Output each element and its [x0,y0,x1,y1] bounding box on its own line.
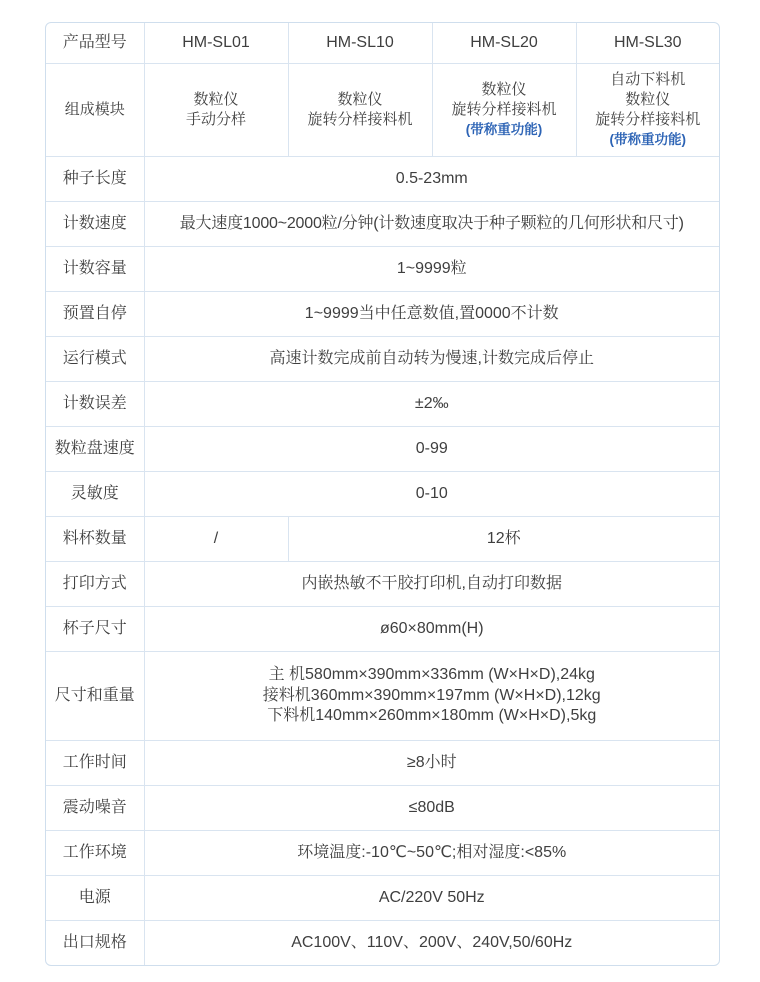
module-line: 旋转分样接料机 [295,110,426,130]
module-weighing-note: (带称重功能) [439,120,570,140]
spec-value: 高速计数完成前自动转为慢速,计数完成后停止 [144,337,719,382]
dimension-line: 下料机140mm×260mm×180mm (W×H×D),5kg [151,706,714,727]
row-label: 电源 [46,876,144,921]
table-row-model: 产品型号 HM-SL01 HM-SL10 HM-SL20 HM-SL30 [46,23,719,64]
row-label: 震动噪音 [46,786,144,831]
spec-value: 1~9999当中任意数值,置0000不计数 [144,292,719,337]
cup-count-sl01: / [144,517,288,562]
model-name: HM-SL10 [288,23,432,64]
module-line: 手动分样 [151,110,282,130]
table-row: 杯子尺寸 ø60×80mm(H) [46,607,719,652]
row-label: 工作环境 [46,831,144,876]
row-label: 计数容量 [46,247,144,292]
module-line: 数粒仪 [151,90,282,110]
spec-value: AC100V、110V、200V、240V,50/60Hz [144,921,719,966]
module-line: 数粒仪 [583,90,714,110]
spec-value: ø60×80mm(H) [144,607,719,652]
row-label: 出口规格 [46,921,144,966]
row-label-dimensions: 尺寸和重量 [46,652,144,741]
table-row: 出口规格 AC100V、110V、200V、240V,50/60Hz [46,921,719,966]
module-line: 旋转分样接料机 [439,100,570,120]
row-label: 杯子尺寸 [46,607,144,652]
row-label: 计数速度 [46,202,144,247]
module-weighing-note: (带称重功能) [583,130,714,150]
module-cell: 数粒仪 旋转分样接料机 (带称重功能) [432,64,576,157]
module-cell: 数粒仪 手动分样 [144,64,288,157]
table-row-modules: 组成模块 数粒仪 手动分样 数粒仪 旋转分样接料机 数粒仪 旋转分样接料机 (带… [46,64,719,157]
table-row: 运行模式 高速计数完成前自动转为慢速,计数完成后停止 [46,337,719,382]
spec-value: 0-99 [144,427,719,472]
table-row: 电源 AC/220V 50Hz [46,876,719,921]
table-row: 计数容量 1~9999粒 [46,247,719,292]
spec-value: 1~9999粒 [144,247,719,292]
module-line: 数粒仪 [439,80,570,100]
row-label: 打印方式 [46,562,144,607]
module-line: 数粒仪 [295,90,426,110]
model-name: HM-SL20 [432,23,576,64]
dimensions-cell: 主 机580mm×390mm×336mm (W×H×D),24kg 接料机360… [144,652,719,741]
spec-value: ≤80dB [144,786,719,831]
product-spec-page: 产品型号 HM-SL01 HM-SL10 HM-SL20 HM-SL30 组成模… [0,0,760,982]
table-row: 震动噪音 ≤80dB [46,786,719,831]
module-line: 自动下料机 [583,70,714,90]
dimension-line: 主 机580mm×390mm×336mm (W×H×D),24kg [151,665,714,686]
dimension-line: 接料机360mm×390mm×197mm (W×H×D),12kg [151,686,714,707]
spec-value: 最大速度1000~2000粒/分钟(计数速度取决于种子颗粒的几何形状和尺寸) [144,202,719,247]
row-label: 数粒盘速度 [46,427,144,472]
spec-value: 0-10 [144,472,719,517]
module-cell: 自动下料机 数粒仪 旋转分样接料机 (带称重功能) [576,64,719,157]
table-row: 数粒盘速度 0-99 [46,427,719,472]
table-row: 预置自停 1~9999当中任意数值,置0000不计数 [46,292,719,337]
spec-value: 0.5-23mm [144,157,719,202]
row-label-modules: 组成模块 [46,64,144,157]
row-label: 种子长度 [46,157,144,202]
spec-table: 产品型号 HM-SL01 HM-SL10 HM-SL20 HM-SL30 组成模… [46,23,719,965]
spec-value: ±2‰ [144,382,719,427]
table-row-dimensions: 尺寸和重量 主 机580mm×390mm×336mm (W×H×D),24kg … [46,652,719,741]
table-row: 计数误差 ±2‰ [46,382,719,427]
table-row: 工作时间 ≥8小时 [46,741,719,786]
model-name: HM-SL30 [576,23,719,64]
row-label: 灵敏度 [46,472,144,517]
row-label: 计数误差 [46,382,144,427]
row-label: 预置自停 [46,292,144,337]
row-label: 工作时间 [46,741,144,786]
table-row-cups: 料杯数量 / 12杯 [46,517,719,562]
table-row: 工作环境 环境温度:-10℃~50℃;相对湿度:<85% [46,831,719,876]
table-row: 计数速度 最大速度1000~2000粒/分钟(计数速度取决于种子颗粒的几何形状和… [46,202,719,247]
row-label-cups: 料杯数量 [46,517,144,562]
spec-value: 内嵌热敏不干胶打印机,自动打印数据 [144,562,719,607]
module-cell: 数粒仪 旋转分样接料机 [288,64,432,157]
spec-value: 环境温度:-10℃~50℃;相对湿度:<85% [144,831,719,876]
table-row: 灵敏度 0-10 [46,472,719,517]
row-label: 运行模式 [46,337,144,382]
table-row: 打印方式 内嵌热敏不干胶打印机,自动打印数据 [46,562,719,607]
cup-count-others: 12杯 [288,517,719,562]
spec-value: AC/220V 50Hz [144,876,719,921]
row-label-model: 产品型号 [46,23,144,64]
module-line: 旋转分样接料机 [583,110,714,130]
spec-value: ≥8小时 [144,741,719,786]
spec-table-container: 产品型号 HM-SL01 HM-SL10 HM-SL20 HM-SL30 组成模… [45,22,720,966]
model-name: HM-SL01 [144,23,288,64]
table-row: 种子长度 0.5-23mm [46,157,719,202]
